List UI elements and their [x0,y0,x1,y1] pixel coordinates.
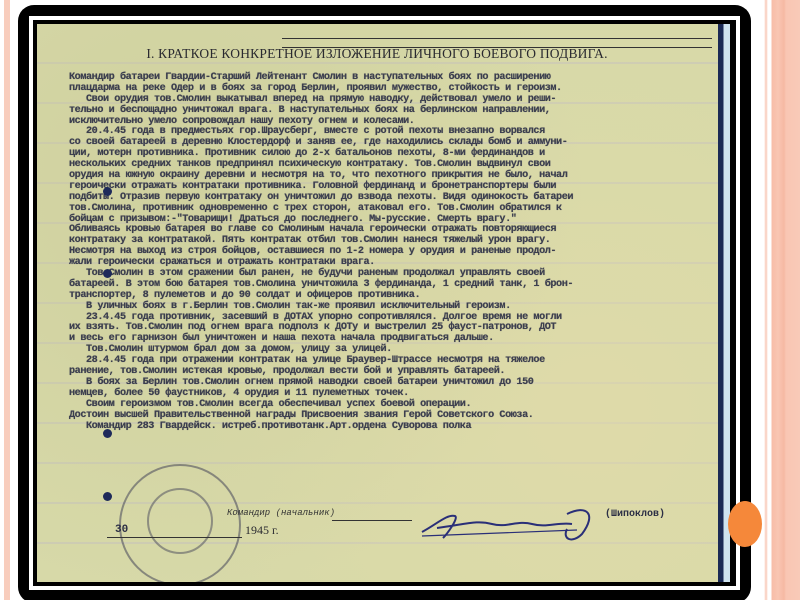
date-day: 30 [115,524,128,536]
ink-blot-icon [103,187,112,196]
typed-line: Своим героизмом тов.Смолин всегда обеспе… [69,400,709,411]
typed-line: В уличных боях в г.Берлин тов.Смолин так… [69,302,709,313]
official-seal-stamp [119,464,241,582]
ink-blot-icon [103,492,112,501]
date-line [107,537,242,538]
ink-blot-icon [103,269,112,278]
ink-blot-icon [103,429,112,438]
date-year: 1945 г. [245,523,279,538]
picture-frame: I. КРАТКОЕ КОНКРЕТНОЕ ИЗЛОЖЕНИЕ ЛИЧНОГО … [18,5,750,600]
scan-edge [718,24,730,582]
typed-body-text: Командир батареи Гвардии-Старший Лейтена… [69,73,709,432]
signatory-name: (Шипоклов) [605,509,665,520]
typed-line: тельно и беспощадно уничтожал врага. В н… [69,106,709,117]
typed-line: Достоин высшей Правительственной награды… [69,411,709,422]
handwritten-signature-icon [417,494,607,554]
signature-label: Командир (начальник) [227,508,335,518]
signature-line [332,520,412,521]
slide-right-decoration [764,0,800,600]
slide-left-stripe [4,0,10,600]
typed-line: тов.Смолина, противник одновременно с тр… [69,204,709,215]
document-title: I. КРАТКОЕ КОНКРЕТНОЕ ИЗЛОЖЕНИЕ ЛИЧНОГО … [37,46,717,62]
scanned-document: I. КРАТКОЕ КОНКРЕТНОЕ ИЗЛОЖЕНИЕ ЛИЧНОГО … [37,24,730,582]
typed-line: Командир 283 Гвардейск. истреб.противота… [69,422,709,433]
slide-orange-dot [728,501,762,547]
